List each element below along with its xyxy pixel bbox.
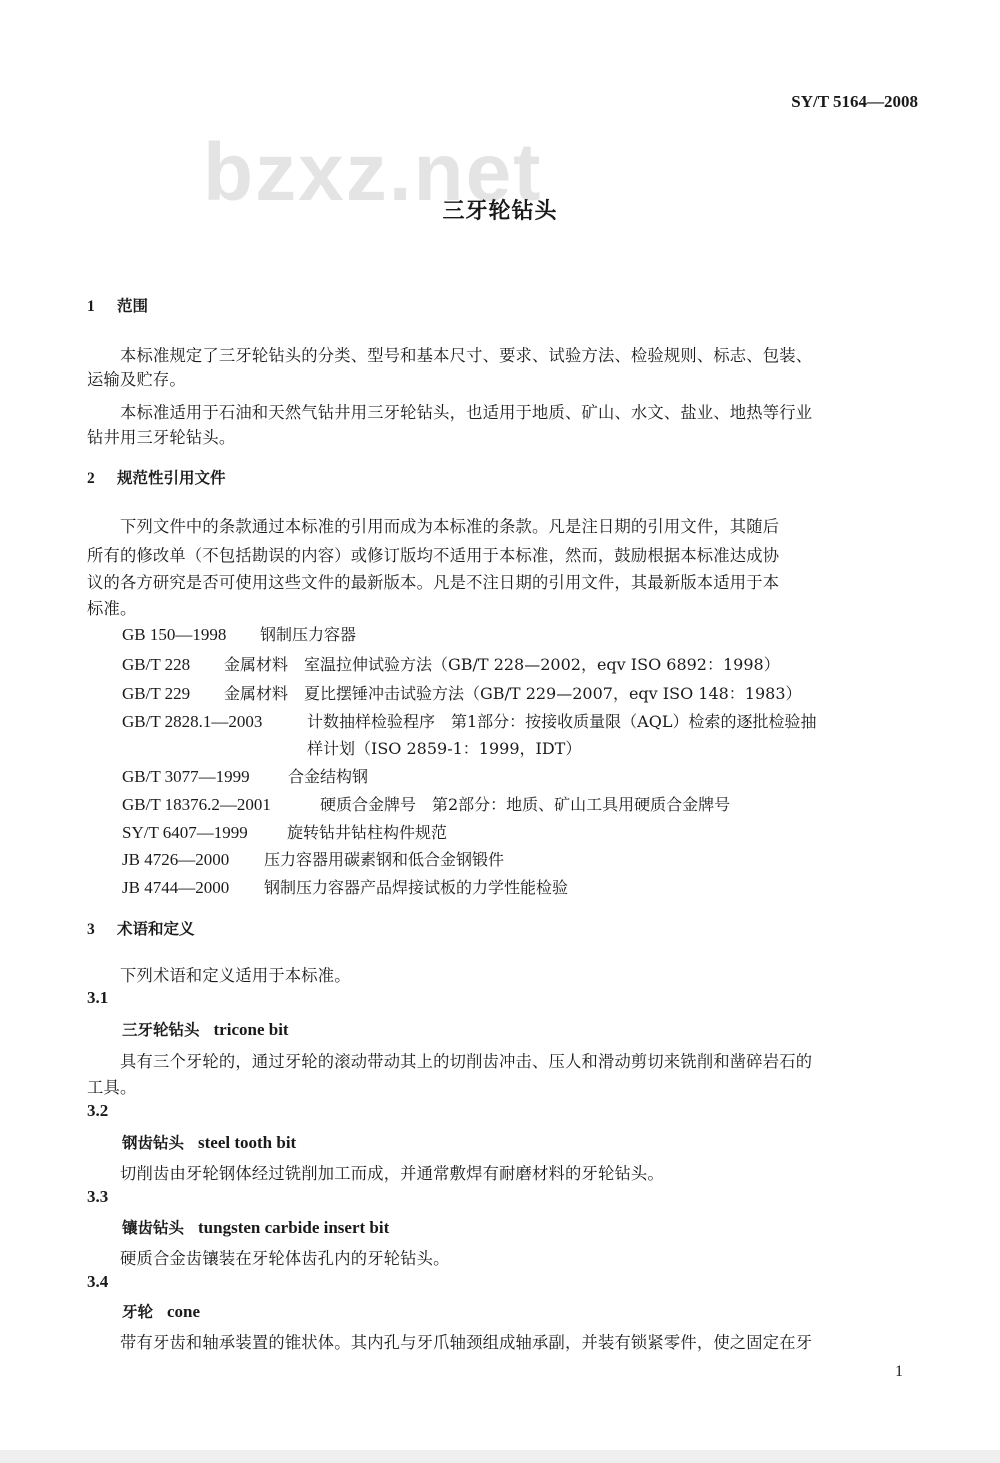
- clause-number: 3.1: [87, 988, 108, 1008]
- term-definition-line-1: 具有三个牙轮的，通过牙轮的滚动带动其上的切削齿冲击、压人和滑动剪切来铣削和凿碎岩…: [120, 1048, 812, 1072]
- section-heading-normative-references: 2规范性引用文件: [87, 466, 226, 488]
- term-heading: 牙轮cone: [122, 1300, 200, 1322]
- standard-number: SY/T 5164—2008: [791, 92, 918, 112]
- reference-item: GB/T 3077—1999合金结构钢: [122, 764, 368, 787]
- term-heading: 镶齿钻头tungsten carbide insert bit: [122, 1216, 389, 1238]
- term-definition-line-1: 硬质合金齿镶装在牙轮体齿孔内的牙轮钻头。: [120, 1245, 450, 1269]
- document-title: 三牙轮钻头: [0, 194, 1000, 225]
- section-heading-terms-definitions: 3术语和定义: [87, 917, 195, 939]
- references-paragraph-line-4: 标准。: [87, 595, 136, 619]
- references-paragraph-line-3: 议的各方研究是否可使用这些文件的最新版本。凡是不注日期的引用文件，其最新版本适用…: [87, 569, 779, 593]
- reference-item-continuation: 样计划（ISO 2859-1：1999，IDT）: [307, 736, 581, 759]
- term-heading: 钢齿钻头steel tooth bit: [122, 1131, 296, 1153]
- reference-item: GB/T 228金属材料 室温拉伸试验方法（GB/T 228—2002，eqv …: [122, 652, 780, 675]
- page-edge: [0, 1450, 1000, 1463]
- section-heading-scope: 1范围: [87, 294, 148, 316]
- page-number: 1: [895, 1363, 903, 1381]
- clause-number: 3.3: [87, 1187, 108, 1207]
- scope-paragraph-1-line-2: 运输及贮存。: [87, 366, 186, 390]
- reference-item: SY/T 6407—1999旋转钻井钻柱构件规范: [122, 820, 447, 843]
- term-heading: 三牙轮钻头tricone bit: [122, 1018, 289, 1040]
- reference-item: GB 150—1998钢制压力容器: [122, 622, 356, 645]
- reference-item: GB/T 2828.1—2003计数抽样检验程序 第1部分：按接收质量限（AQL…: [122, 709, 816, 732]
- reference-item: GB/T 18376.2—2001硬质合金牌号 第2部分：地质、矿山工具用硬质合…: [122, 792, 730, 815]
- term-definition-line-1: 切削齿由牙轮钢体经过铣削加工而成，并通常敷焊有耐磨材料的牙轮钻头。: [120, 1160, 664, 1184]
- term-definition-line-1: 带有牙齿和轴承装置的锥状体。其内孔与牙爪轴颈组成轴承副，并装有锁紧零件，使之固定…: [120, 1329, 812, 1353]
- scope-paragraph-1-line-1: 本标准规定了三牙轮钻头的分类、型号和基本尺寸、要求、试验方法、检验规则、标志、包…: [120, 342, 812, 366]
- clause-number: 3.2: [87, 1101, 108, 1121]
- clause-number: 3.4: [87, 1272, 108, 1292]
- reference-item: JB 4744—2000钢制压力容器产品焊接试板的力学性能检验: [122, 875, 568, 898]
- reference-item: JB 4726—2000压力容器用碳素钢和低合金钢锻件: [122, 847, 504, 870]
- references-paragraph-line-2: 所有的修改单（不包括勘误的内容）或修订版均不适用于本标准，然而，鼓励根据本标准达…: [87, 542, 779, 566]
- term-definition-line-2: 工具。: [87, 1074, 136, 1098]
- terms-intro: 下列术语和定义适用于本标准。: [120, 962, 351, 986]
- reference-item: GB/T 229金属材料 夏比摆锤冲击试验方法（GB/T 229—2007，eq…: [122, 681, 802, 704]
- scope-paragraph-2-line-1: 本标准适用于石油和天然气钻井用三牙轮钻头，也适用于地质、矿山、水文、盐业、地热等…: [120, 399, 812, 423]
- scope-paragraph-2-line-2: 钻井用三牙轮钻头。: [87, 424, 235, 448]
- references-paragraph-line-1: 下列文件中的条款通过本标准的引用而成为本标准的条款。凡是注日期的引用文件，其随后: [120, 513, 779, 537]
